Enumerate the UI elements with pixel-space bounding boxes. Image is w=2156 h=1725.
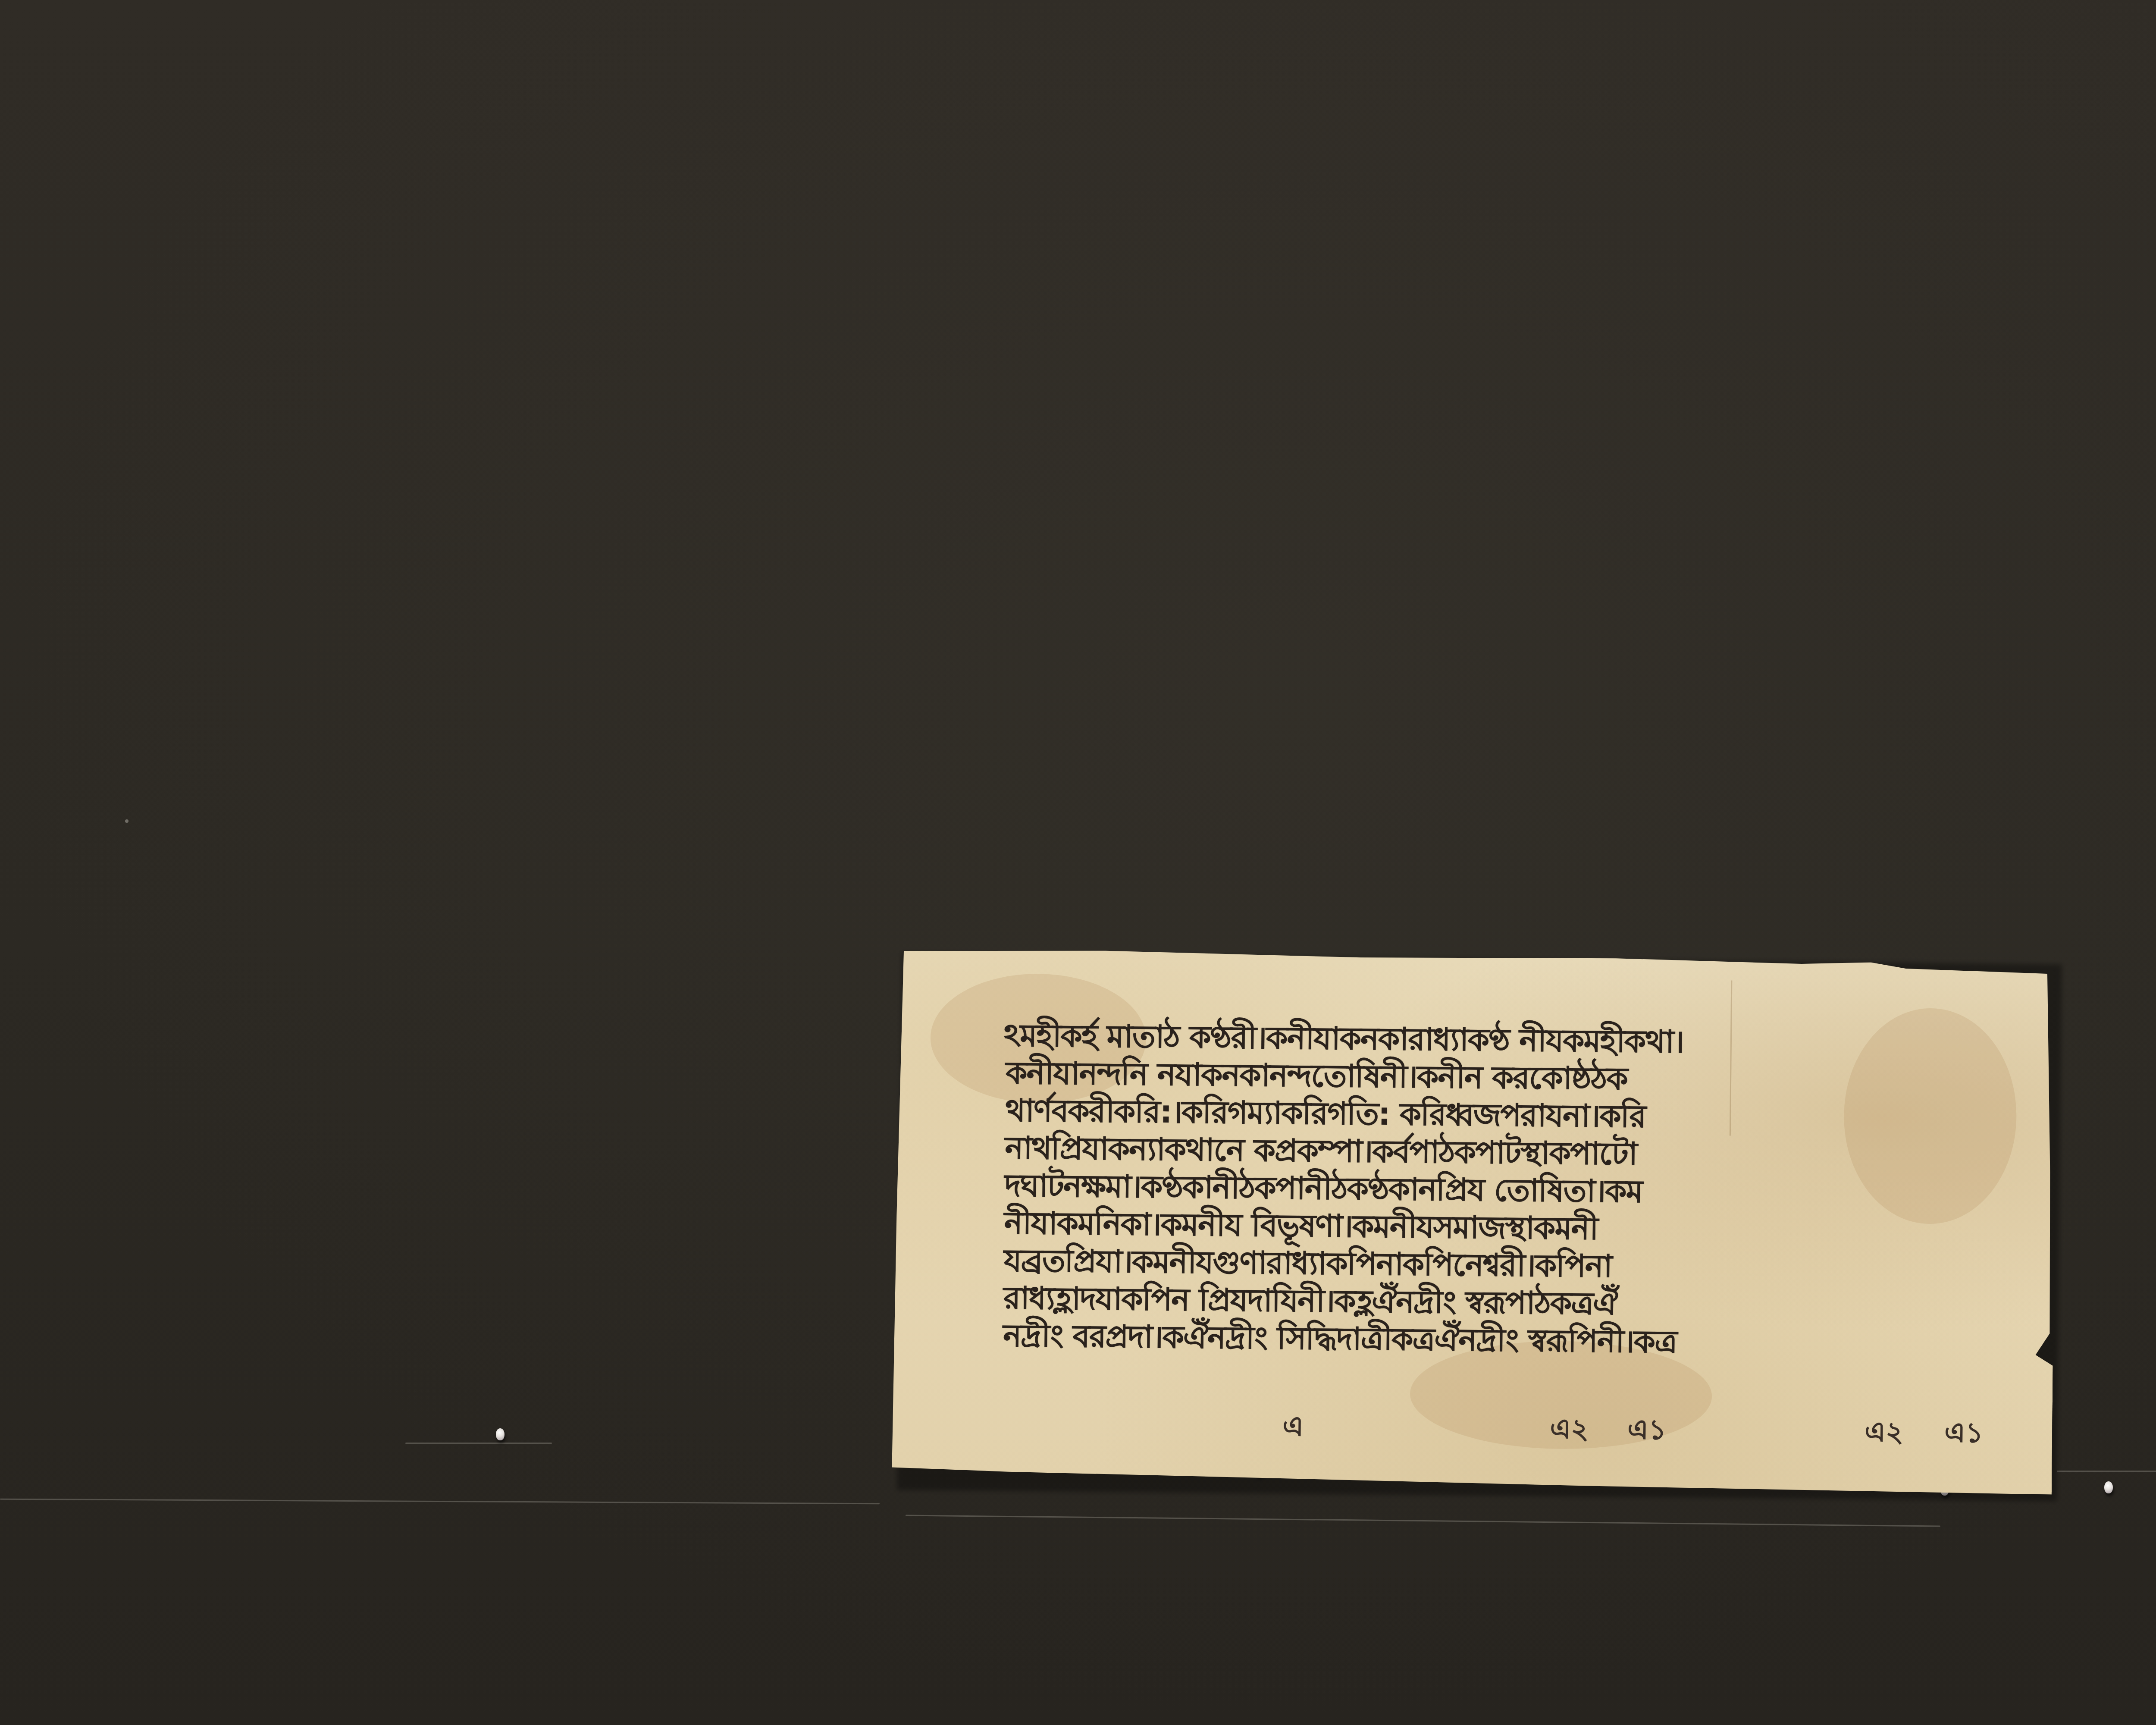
board-scratch (405, 1443, 552, 1444)
mounting-board: ঽমহীকর্হ মাতাঠ কণ্ঠরী।কনীযাকনকারাধ্যাকণ্… (0, 0, 2156, 1725)
manuscript-text: ঽমহীকর্হ মাতাঠ কণ্ঠরী।কনীযাকনকারাধ্যাকণ্… (1003, 1016, 2019, 1364)
margin-mark: এ (1282, 1405, 1304, 1452)
dust-speck (125, 819, 128, 823)
margin-mark: এ১ (1627, 1408, 1667, 1455)
board-scratch (0, 1499, 880, 1505)
board-scratch (2057, 1471, 2156, 1472)
mounting-pin (496, 1428, 505, 1440)
board-scratch (906, 1515, 1940, 1527)
margin-marks: এ এ২ এ১ এ২ এ১ (892, 1402, 2053, 1456)
mounting-pin (2104, 1481, 2113, 1493)
margin-mark: এ২ (1550, 1408, 1589, 1455)
margin-mark: এ২ (1865, 1411, 1904, 1458)
margin-mark: এ১ (1944, 1411, 1984, 1458)
manuscript-folio: ঽমহীকর্হ মাতাঠ কণ্ঠরী।কনীযাকনকারাধ্যাকণ্… (892, 947, 2057, 1495)
